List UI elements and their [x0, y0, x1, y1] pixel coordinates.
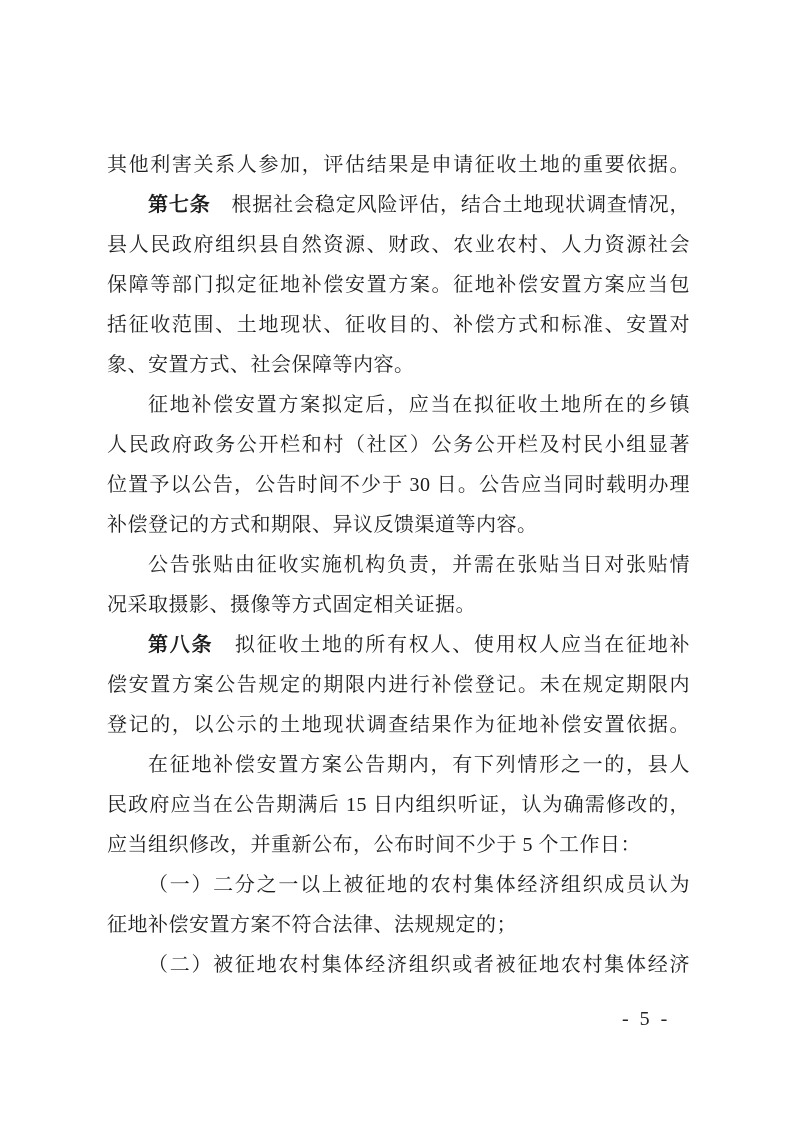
- text-line: 登记的，以公示的土地现状调查结果作为征地补偿安置依据。: [107, 705, 690, 745]
- body-text: 保障等部门拟定征地补偿安置方案。征地补偿安置方案应当包: [107, 274, 690, 296]
- text-line: 第八条 拟征收土地的所有权人、使用权人应当在征地补: [107, 625, 690, 665]
- text-line: （一）二分之一以上被征地的农村集体经济组织成员认为: [107, 865, 690, 905]
- body-text: 公告张贴由征收实施机构负责，并需在张贴当日对张贴情: [148, 554, 690, 576]
- article-heading: 第七条: [148, 194, 211, 216]
- text-line: 补偿登记的方式和期限、异议反馈渠道等内容。: [107, 505, 690, 545]
- document-body: 其他利害关系人参加，评估结果是申请征收土地的重要依据。第七条 根据社会稳定风险评…: [107, 145, 690, 985]
- text-line: 在征地补偿安置方案公告期内，有下列情形之一的，县人: [107, 745, 690, 785]
- text-line: 况采取摄影、摄像等方式固定相关证据。: [107, 585, 690, 625]
- text-line: 位置予以公告，公告时间不少于 30 日。公告应当同时载明办理: [107, 465, 690, 505]
- body-text: 偿安置方案公告规定的期限内进行补偿登记。未在规定期限内: [107, 674, 690, 696]
- document-page: 其他利害关系人参加，评估结果是申请征收土地的重要依据。第七条 根据社会稳定风险评…: [0, 0, 793, 1122]
- text-line: 征地补偿安置方案拟定后，应当在拟征收土地所在的乡镇: [107, 385, 690, 425]
- text-line: 民政府应当在公告期满后 15 日内组织听证，认为确需修改的，: [107, 785, 690, 825]
- text-line: 象、安置方式、社会保障等内容。: [107, 345, 690, 385]
- text-line: 第七条 根据社会稳定风险评估，结合土地现状调查情况，: [107, 185, 690, 225]
- text-line: （二）被征地农村集体经济组织或者被征地农村集体经济: [107, 945, 690, 985]
- page-number: - 5 -: [622, 1008, 670, 1031]
- text-line: 应当组织修改，并重新公布，公布时间不少于 5 个工作日：: [107, 825, 690, 865]
- body-text: 补偿登记的方式和期限、异议反馈渠道等内容。: [107, 514, 538, 536]
- text-line: 偿安置方案公告规定的期限内进行补偿登记。未在规定期限内: [107, 665, 690, 705]
- text-line: 其他利害关系人参加，评估结果是申请征收土地的重要依据。: [107, 145, 690, 185]
- body-text: 征地补偿安置方案不符合法律、法规规定的；: [107, 914, 517, 936]
- article-heading: 第八条: [148, 634, 213, 656]
- body-text: 人民政府政务公开栏和村（社区）公务公开栏及村民小组显著: [107, 434, 690, 456]
- body-text: 括征收范围、土地现状、征收目的、补偿方式和标准、安置对: [107, 314, 690, 336]
- body-text: 应当组织修改，并重新公布，公布时间不少于 5 个工作日：: [107, 834, 641, 856]
- body-text: （二）被征地农村集体经济组织或者被征地农村集体经济: [148, 954, 690, 976]
- text-line: 公告张贴由征收实施机构负责，并需在张贴当日对张贴情: [107, 545, 690, 585]
- body-text: 县人民政府组织县自然资源、财政、农业农村、人力资源社会: [107, 234, 690, 256]
- body-text: 象、安置方式、社会保障等内容。: [107, 354, 415, 376]
- body-text: （一）二分之一以上被征地的农村集体经济组织成员认为: [148, 874, 690, 896]
- body-text: 登记的，以公示的土地现状调查结果作为征地补偿安置依据。: [107, 714, 690, 736]
- text-line: 人民政府政务公开栏和村（社区）公务公开栏及村民小组显著: [107, 425, 690, 465]
- body-text: 其他利害关系人参加，评估结果是申请征收土地的重要依据。: [107, 154, 690, 176]
- text-line: 括征收范围、土地现状、征收目的、补偿方式和标准、安置对: [107, 305, 690, 345]
- text-line: 保障等部门拟定征地补偿安置方案。征地补偿安置方案应当包: [107, 265, 690, 305]
- body-text: 位置予以公告，公告时间不少于 30 日。公告应当同时载明办理: [107, 474, 690, 496]
- body-text: 拟征收土地的所有权人、使用权人应当在征地补: [213, 634, 690, 656]
- text-line: 县人民政府组织县自然资源、财政、农业农村、人力资源社会: [107, 225, 690, 265]
- body-text: 况采取摄影、摄像等方式固定相关证据。: [107, 594, 476, 616]
- body-text: 征地补偿安置方案拟定后，应当在拟征收土地所在的乡镇: [148, 394, 690, 416]
- body-text: 在征地补偿安置方案公告期内，有下列情形之一的，县人: [148, 754, 690, 776]
- body-text: 民政府应当在公告期满后 15 日内组织听证，认为确需修改的，: [107, 794, 690, 816]
- text-line: 征地补偿安置方案不符合法律、法规规定的；: [107, 905, 690, 945]
- body-text: 根据社会稳定风险评估，结合土地现状调查情况，: [211, 194, 690, 216]
